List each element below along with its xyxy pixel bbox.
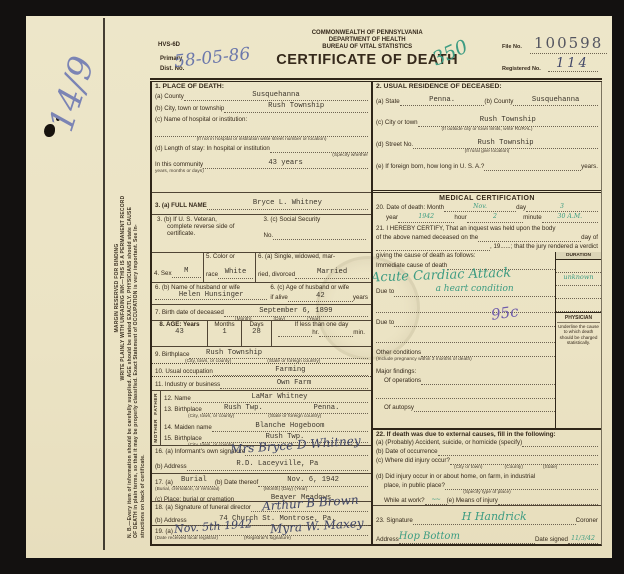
binding-edge-line	[103, 18, 105, 550]
coroner-title-label: Coroner	[576, 517, 598, 525]
section-occupation: 10. Usual occupationFarming	[152, 364, 371, 377]
coroner-signature-label: 23. Signature	[376, 517, 413, 525]
note-state: (State or foreign country)	[268, 414, 321, 420]
age-months-value: 1	[210, 328, 239, 336]
color-label2: race	[206, 271, 218, 279]
handwritten-page-mark: 14/9	[41, 52, 103, 137]
due-to-value: a heart condition	[394, 284, 555, 297]
registered-number-value: 114	[548, 56, 598, 72]
spouse-name-cell: 6. (b) Name of husband or wife Helen Hun…	[155, 284, 267, 302]
section-full-name: 3. (a) FULL NAMEBryce L. Whitney	[152, 193, 371, 215]
registered-number-label: Registered No.	[502, 66, 541, 72]
blank-line	[421, 377, 555, 385]
while-at-work-label: While at work?	[384, 497, 425, 505]
note-state: (State)	[543, 465, 557, 471]
right-column: 2. USUAL RESIDENCE OF DECEASED: (a) Stat…	[373, 82, 601, 544]
blank-line	[498, 497, 598, 505]
blank-line	[421, 349, 555, 357]
hour-label: hour	[454, 214, 466, 222]
marital-label1: 6. (a) Single, widowed, mar-	[258, 253, 369, 260]
res-city-label: (c) City or town	[376, 119, 418, 127]
years-suffix: years	[353, 294, 368, 302]
note-county: (County)	[505, 465, 523, 471]
father-birthplace-state: Penna.	[285, 404, 368, 414]
color-label1: 5. Color or	[206, 253, 253, 260]
mother-maiden-value: Blanche Hogeboom	[212, 422, 368, 432]
death-year-value: 1942	[398, 213, 454, 222]
birthdate-value: September 6, 1899	[224, 307, 368, 317]
section-coroner: 23. SignatureH HandrickCoroner AddressHo…	[373, 506, 601, 544]
res-city-note: (If outside city or town limits, write R…	[376, 127, 598, 132]
section-veteran-ssn: 3. (b) If U. S. Veteran, complete revers…	[152, 215, 371, 253]
section-birthdate: 7. Birth date of deceasedSeptember 6, 18…	[152, 305, 371, 321]
informant-address-label: (b) Address	[155, 463, 187, 471]
occupation-label: 10. Usual occupation	[155, 368, 213, 376]
veteran-line3: certificate.	[157, 230, 260, 237]
date-note: (Month) (Day) (Year)	[264, 487, 308, 493]
major-findings-label: Major findings:	[376, 368, 416, 376]
district-number-value: 58-05-86	[173, 44, 251, 72]
margin-instructions: MARGIN RESERVED FOR BINDING WRITE PLAINL…	[114, 38, 146, 538]
blank-line	[414, 404, 555, 412]
state-value: Penna.	[400, 96, 485, 106]
statistical-code-value: 95c	[490, 302, 520, 324]
street-label: (d) Street No.	[376, 141, 413, 149]
duration-header: DURATION	[556, 252, 601, 260]
age-days-cell: Days 28	[242, 321, 272, 346]
res-county-label: (b) County	[484, 98, 513, 106]
ssn-label: 3. (c) Social Security	[264, 216, 367, 223]
if-alive-label: if alive	[270, 294, 288, 302]
note-city: (City, town, or county)	[188, 414, 234, 420]
certify-line1: 21. I HEREBY CERTIFY, That an inquest wa…	[376, 225, 555, 233]
age-months-label: Months	[210, 321, 239, 328]
duration-row	[556, 260, 601, 273]
scanned-death-certificate: 14/9 MARGIN RESERVED FOR BINDING WRITE P…	[0, 0, 624, 574]
age-months-cell: Months 1	[208, 321, 242, 346]
note-city-or-town: (City or town)	[454, 465, 483, 471]
occurrence-date-label: (b) Date of occurrence	[376, 448, 438, 456]
file-number-label: File No.	[502, 44, 522, 50]
date-thereof-value: Nov. 6, 1942	[258, 476, 368, 486]
disposal-label: 17. (a)	[155, 479, 173, 487]
section-title: 1. PLACE OF DEATH:	[155, 83, 368, 90]
means-of-injury-label: (e) Means of injury	[447, 497, 498, 505]
certificate-form: HVS-6D Primary Dist. No. 58-05-86 COMMON…	[150, 28, 602, 546]
spouse-value: Helen Hunsinger	[155, 291, 267, 300]
section-place-of-death: 1. PLACE OF DEATH: (a) CountySusquehanna…	[152, 82, 371, 193]
blank-line	[376, 305, 555, 313]
marital-cell: 6. (a) Single, widowed, mar- ried, divor…	[256, 253, 371, 282]
while-at-work-value: ~~	[425, 496, 447, 505]
full-name-value: Bryce L. Whitney	[207, 199, 368, 209]
section-sex-color-marital: 4. SexM 5. Color or raceWhite 6. (a) Sin…	[152, 253, 371, 283]
place-type-note: (Specify type of place)	[376, 490, 598, 495]
due-to-label: Due to	[376, 288, 394, 296]
hospital-label: (c) Name of hospital or institution:	[155, 116, 247, 124]
blank-line	[376, 335, 555, 343]
death-hour-value: 2	[467, 213, 523, 222]
certify-dayof: day of	[581, 234, 598, 242]
age-years-value: 43	[154, 328, 205, 336]
blank-line	[478, 234, 581, 242]
county-value: Susquehanna	[184, 91, 368, 101]
blank-line	[270, 145, 368, 153]
section-spouse: 6. (b) Name of husband or wife Helen Hun…	[152, 283, 371, 305]
age-years-cell: 8. AGE: Years 43	[152, 321, 208, 346]
father-name-label: 12. Name	[164, 395, 191, 403]
external-causes-title: 22. If death was due to external causes,…	[376, 431, 598, 438]
street-value: Rush Township	[413, 139, 598, 149]
blank-line	[438, 448, 598, 456]
coroner-signature-value: H Handrick	[413, 510, 576, 525]
blank-line	[522, 439, 598, 447]
spouse-label: 6. (b) Name of husband or wife	[155, 284, 267, 291]
duration-row	[556, 299, 601, 312]
specify-note: (Specify whether	[155, 153, 368, 158]
physician-header: PHYSICIAN	[557, 315, 600, 323]
marital-label2: ried, divorced	[258, 271, 295, 279]
informant-address-value: R.D. Laceyville, Pa	[187, 460, 368, 470]
blank-line	[445, 482, 598, 490]
hr-label: hr.	[312, 329, 319, 337]
cause-of-death-area: giving the cause of death as follows: Im…	[373, 252, 555, 428]
other-conditions-label: Other conditions	[376, 349, 421, 357]
minute-label: minute	[523, 214, 542, 222]
disposal-value: Burial	[173, 476, 215, 486]
industry-value: Own Farm	[220, 379, 368, 389]
blank-line	[279, 351, 368, 359]
birthplace-value: Rush Township	[189, 349, 278, 359]
spouse-age-value: 42	[288, 292, 353, 302]
birthplace-label: 9. Birthplace	[155, 351, 189, 359]
blank-line	[155, 129, 368, 137]
sex-value: M	[172, 267, 201, 277]
res-city-value: Rush Township	[418, 116, 598, 126]
res-county-value: Susquehanna	[513, 96, 598, 106]
medical-certification-title: MEDICAL CERTIFICATION	[373, 193, 601, 202]
min-label: min.	[353, 329, 365, 337]
birthdate-label: 7. Birth date of deceased	[155, 309, 224, 317]
blank-line	[273, 232, 366, 240]
blank-line	[394, 319, 555, 327]
death-month-value: Nov.	[444, 203, 516, 212]
length-of-stay-label: (d) Length of stay: In hospital or insti…	[155, 145, 270, 153]
foreign-born-label: (e) If foreign born, how long in U. S. A…	[376, 163, 484, 171]
of-operations-label: Of operations	[384, 377, 421, 385]
section-residence: 2. USUAL RESIDENCE OF DECEASED: (a) Stat…	[373, 82, 601, 193]
funeral-director-label: 18. (a) Signature of funeral director	[155, 504, 251, 512]
death-minute-value: 30 A.M.	[542, 213, 598, 222]
father-name-value: LaMar Whitney	[191, 393, 368, 403]
ssn-no-label: No.	[264, 232, 274, 240]
blank-line	[376, 391, 555, 399]
certify-line4: giving the cause of death as follows:	[376, 252, 475, 260]
form-code: HVS-6D	[158, 42, 180, 48]
section-informant: 16. (a) Informant's own signature Mrs Br…	[152, 446, 371, 474]
blank-line	[278, 329, 312, 337]
blank-line	[319, 329, 353, 337]
date-of-death-label: 20. Date of death: Month	[376, 204, 444, 212]
section-industry: 11. Industry or businessOwn Farm	[152, 377, 371, 391]
section-medical-certification: MEDICAL CERTIFICATION 20. Date of death:…	[373, 193, 601, 430]
section-external-causes: 22. If death was due to external causes,…	[373, 430, 601, 506]
street-note: (If rural give location)	[376, 149, 598, 154]
section-title: 2. USUAL RESIDENCE OF DECEASED:	[376, 83, 598, 90]
veteran-line1: 3. (b) If U. S. Veteran,	[157, 216, 260, 223]
city-label: (b) City, town or township	[155, 105, 224, 113]
full-name-label: 3. (a) FULL NAME	[155, 202, 207, 210]
registrar-signature-note: (Registrar's signature)	[244, 536, 291, 542]
color-value: White	[218, 268, 253, 278]
injury-where-label: (c) Where did injury occur?	[376, 457, 450, 465]
of-autopsy-label: Of autopsy	[384, 404, 414, 412]
color-cell: 5. Color or raceWhite	[204, 253, 256, 282]
certify-line3: , 19......; that the jury rendered a ver…	[490, 243, 598, 251]
age-days-value: 28	[244, 328, 269, 336]
mother-maiden-label: 14. Maiden name	[164, 424, 212, 432]
certificate-paper: 14/9 MARGIN RESERVED FOR BINDING WRITE P…	[26, 16, 612, 558]
date-signed-value: 11/3/42	[568, 535, 598, 544]
sex-cell: 4. SexM	[152, 253, 204, 282]
other-conditions-note: (Include pregnancy within 3 months of de…	[376, 357, 555, 362]
registrar-item-label: 19. (a)	[155, 528, 173, 536]
community-value: 43 years	[203, 159, 368, 169]
injury-place-label1: (d) Did injury occur in or about home, o…	[376, 473, 535, 481]
father-label: FATHER	[154, 393, 159, 415]
less-than-day-label: If less than one day	[274, 321, 369, 328]
ssn-cell: 3. (c) Social Security No.	[262, 216, 369, 252]
left-column: 1. PLACE OF DEATH: (a) CountySusquehanna…	[152, 82, 373, 544]
age-hours-cell: If less than one day hr.min.	[272, 321, 371, 346]
coroner-address-label: Address	[376, 536, 399, 544]
veteran-cell: 3. (b) If U. S. Veteran, complete revers…	[155, 216, 262, 252]
injury-place-label2: place, in public place?	[384, 482, 445, 490]
blank-line	[376, 243, 490, 251]
age-days-label: Days	[244, 321, 269, 328]
coroner-address-value: Hop Bottom	[399, 530, 535, 544]
industry-label: 11. Industry or business	[155, 381, 220, 389]
physician-note: Underline the cause to which death shoul…	[557, 324, 600, 346]
sex-label: 4. Sex	[154, 270, 172, 278]
mother-label: MOTHER	[154, 419, 159, 443]
agency-line: COMMONWEALTH OF PENNSYLVANIA	[257, 30, 477, 37]
date-received-note: (Date received local registrar)	[155, 536, 218, 542]
form-header: HVS-6D Primary Dist. No. 58-05-86 COMMON…	[150, 28, 602, 78]
hospital-note: (If not in hospital or institution write…	[155, 137, 368, 142]
occupation-value: Farming	[213, 366, 368, 376]
parents-side-labels: FATHER MOTHER	[152, 391, 161, 446]
file-number-stamp: 100598	[530, 34, 607, 54]
due-to2-label: Due to	[376, 319, 394, 327]
foreign-years-suffix: years.	[581, 163, 598, 171]
certify-line2: of the above named deceased on the	[376, 234, 478, 242]
duration-row	[556, 286, 601, 299]
margin-line: structions on back of certificate.	[140, 38, 146, 538]
year-label: year	[386, 214, 398, 222]
community-note: years, months or days)	[155, 169, 368, 174]
age-years-label: 8. AGE: Years	[154, 321, 205, 328]
accident-label: (a) (Probably) Accident, suicide, or hom…	[376, 439, 522, 447]
spouse-age-cell: 6. (c) Age of husband or wife if alive42…	[267, 284, 368, 302]
day-label: day	[516, 204, 526, 212]
blank-line	[484, 163, 581, 171]
disposal-note: (Burial, cremation, or removal)	[155, 487, 220, 493]
community-label: In this community	[155, 161, 203, 169]
city-value: Rush Township	[224, 102, 368, 112]
date-thereof-label: (b) Date thereof	[215, 479, 258, 487]
state-label: (a) State	[376, 98, 400, 106]
section-age: 8. AGE: Years 43 Months 1 Days 28	[152, 321, 371, 347]
spouse-age-label: 6. (c) Age of husband or wife	[270, 284, 368, 291]
section-registrar: 19. (a) Nov. 5th 1942 Myra W. Maxey (Dat…	[152, 526, 371, 544]
date-signed-label: Date signed	[535, 536, 568, 544]
duration-column: DURATION unknown PHYSICIAN Underline the…	[555, 252, 601, 428]
marital-value: Married	[295, 268, 369, 278]
father-birthplace-value: Rush Twp.	[202, 404, 285, 414]
veteran-line2: complete reverse side of	[157, 223, 260, 230]
duration-value: unknown	[556, 273, 601, 286]
death-day-value: 3	[526, 203, 598, 212]
physician-note-box: PHYSICIAN Underline the cause to which d…	[556, 312, 601, 428]
county-label: (a) County	[155, 93, 184, 101]
section-birthplace: 9. BirthplaceRush Township (City, town, …	[152, 347, 371, 364]
